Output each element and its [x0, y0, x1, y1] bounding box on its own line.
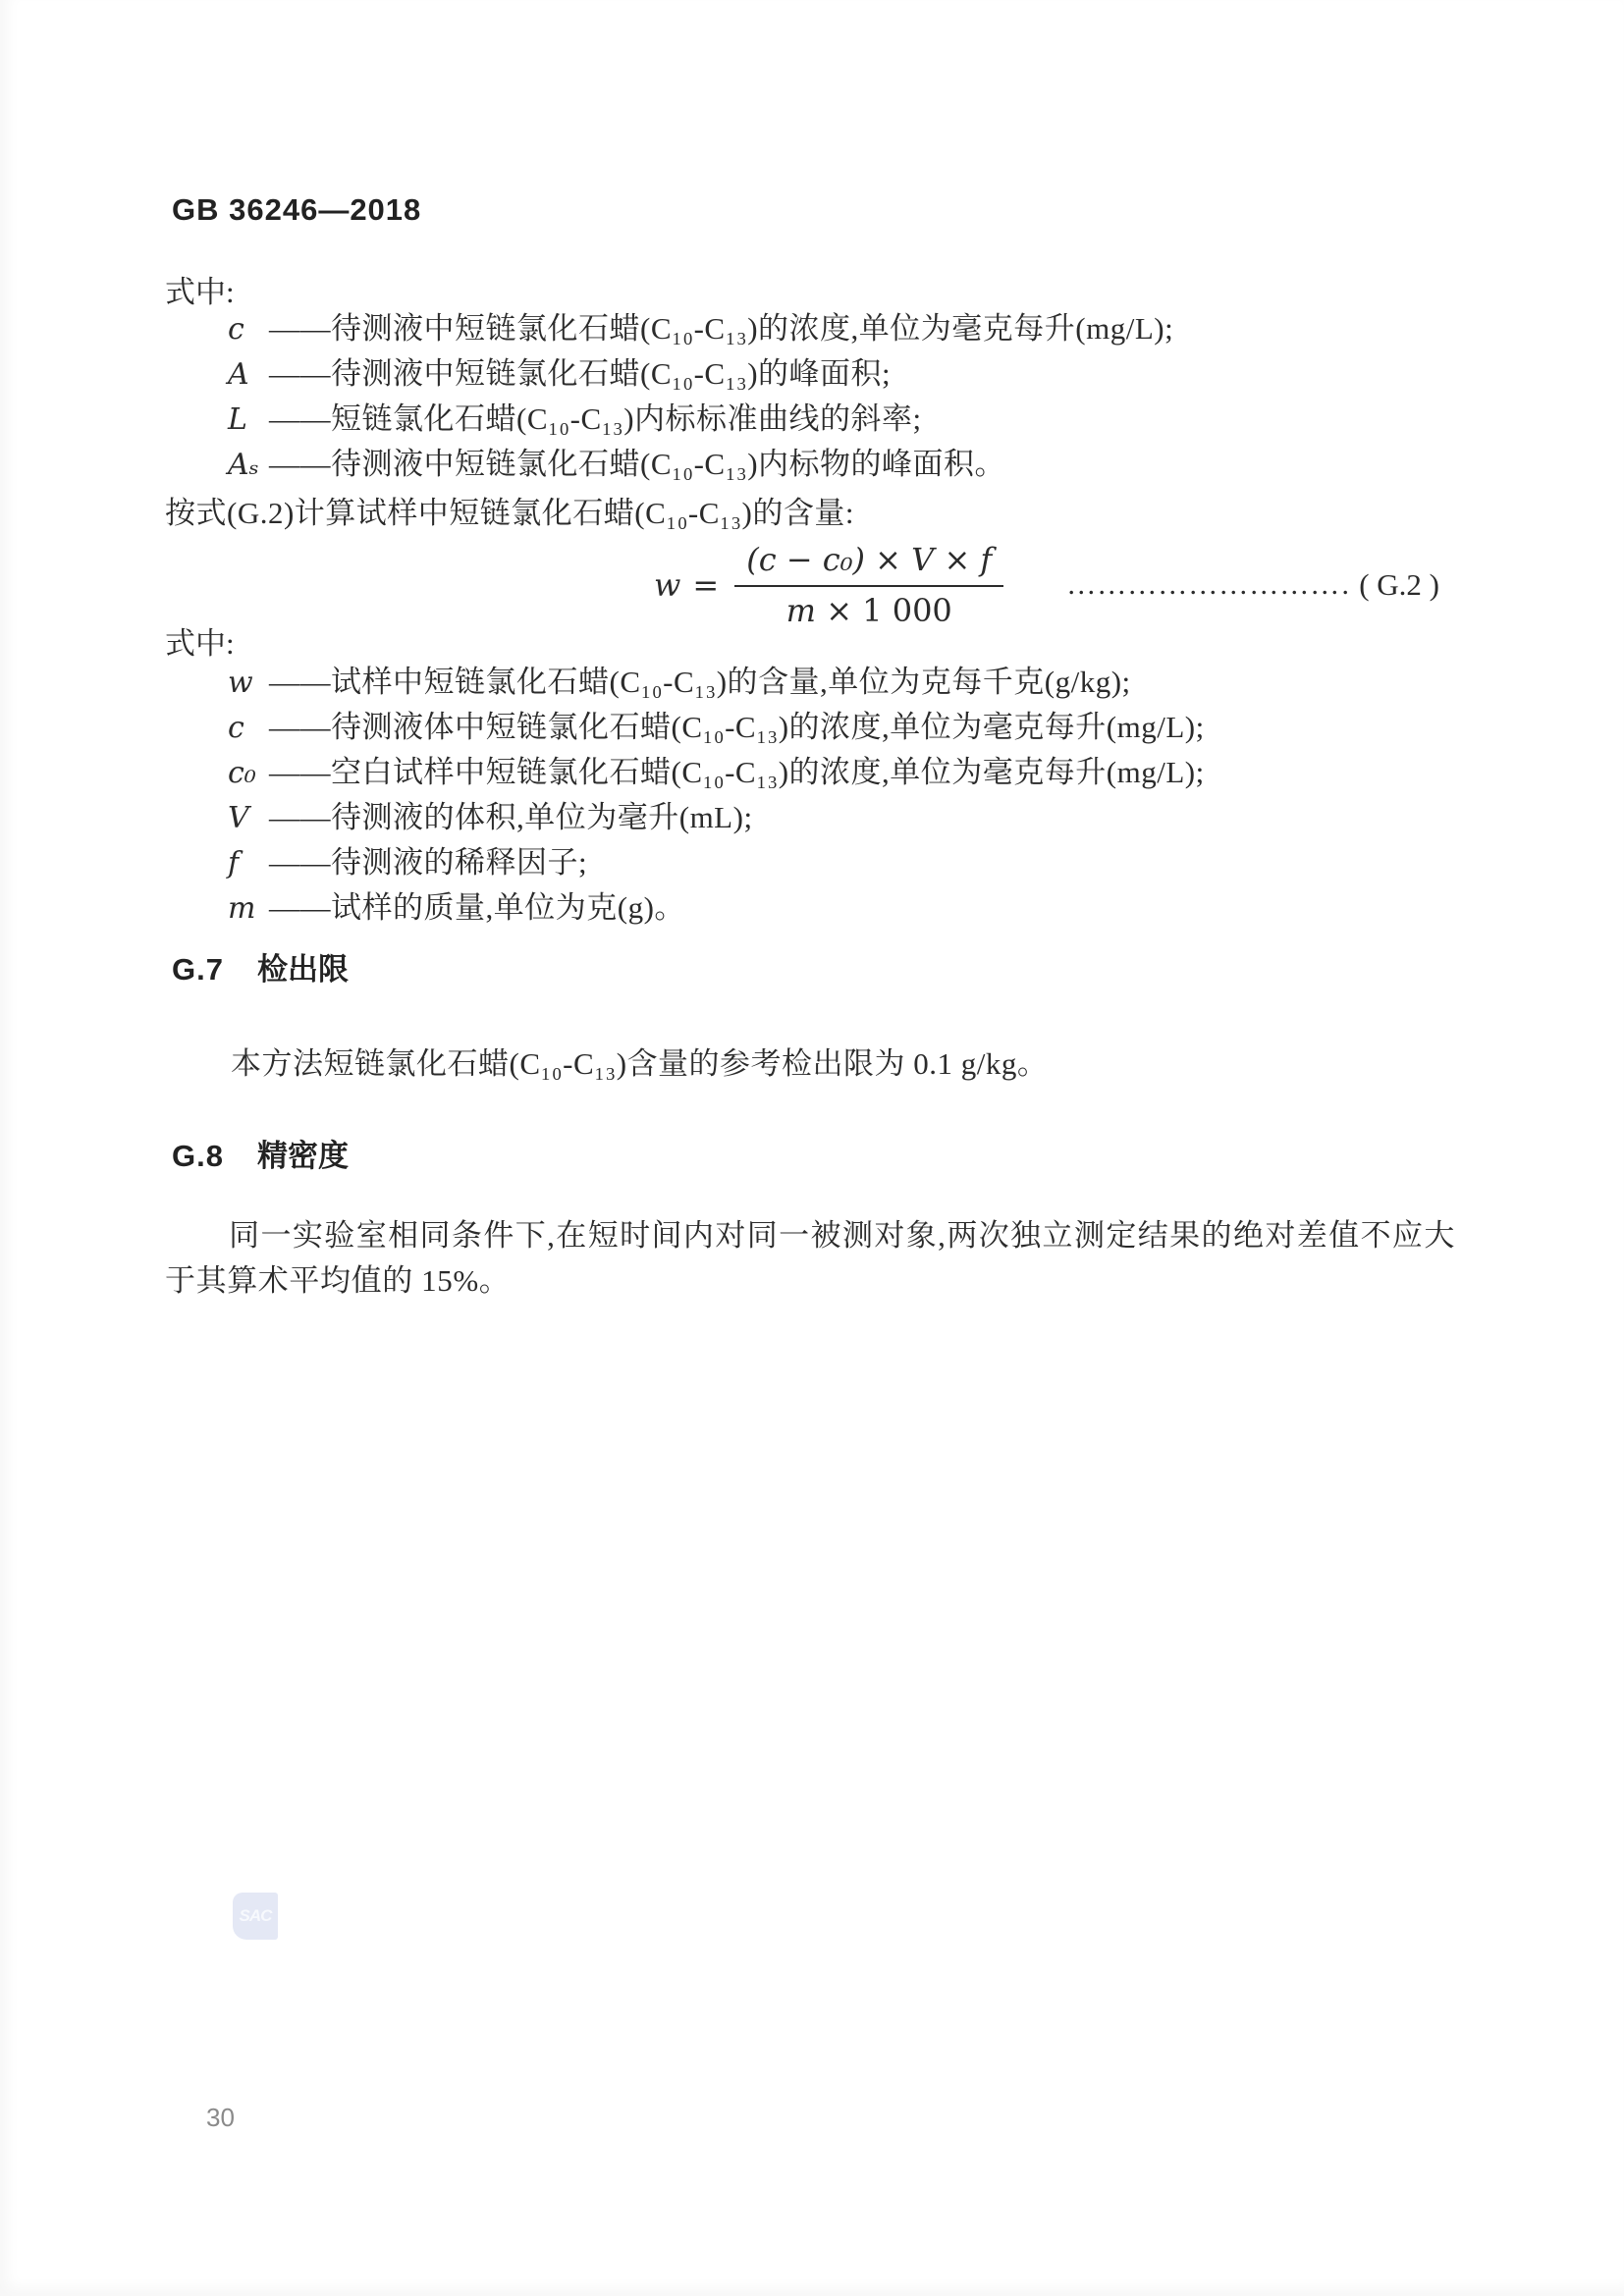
definition-line-V: V——待测液的体积,单位为毫升(mL); — [165, 795, 1457, 840]
fraction: (c − c₀) × V × f m × 1 000 — [734, 541, 1003, 629]
denominator-constant: × 1 000 — [816, 592, 952, 629]
variable-symbol: m — [228, 886, 269, 932]
variable-description: ——待测液中短链氯化石蜡(C₁₀-C₁₃)内标物的峰面积。 — [269, 447, 1005, 481]
definition-line-A: A——待测液中短链氯化石蜡(C₁₀-C₁₃)的峰面积; — [165, 351, 1457, 397]
document-page: GB 36246—2018 式中: c——待测液中短链氯化石蜡(C₁₀-C₁₃)… — [0, 0, 1624, 2296]
equation-number: ( G.2 ) — [1359, 567, 1439, 603]
section-heading-g8: G.8精密度 — [172, 1131, 349, 1175]
variable-description: ——待测液的体积,单位为毫升(mL); — [269, 800, 753, 834]
definition-line-c: c——待测液中短链氯化石蜡(C₁₀-C₁₃)的浓度,单位为毫克每升(mg/L); — [165, 306, 1457, 351]
sac-watermark-logo: SAC — [233, 1893, 278, 1940]
definition-line-c0: c₀——空白试样中短链氯化石蜡(C₁₀-C₁₃)的浓度,单位为毫克每升(mg/L… — [165, 750, 1457, 795]
variable-description: ——短链氯化石蜡(C₁₀-C₁₃)内标标准曲线的斜率; — [269, 401, 922, 436]
variable-symbol: V — [228, 796, 269, 841]
formula-intro-text: 按式(G.2)计算试样中短链氯化石蜡(C₁₀-C₁₃)的含量: — [165, 488, 854, 532]
variable-description: ——待测液中短链氯化石蜡(C₁₀-C₁₃)的浓度,单位为毫克每升(mg/L); — [269, 311, 1173, 346]
formula-g2-row: w = (c − c₀) × V × f m × 1 000 ………………………… — [165, 534, 1453, 636]
variable-description: ——空白试样中短链氯化石蜡(C₁₀-C₁₃)的浓度,单位为毫克每升(mg/L); — [269, 755, 1205, 789]
section-title: 精密度 — [257, 1139, 349, 1173]
variable-description: ——试样中短链氯化石蜡(C₁₀-C₁₃)的含量,单位为克每千克(g/kg); — [269, 665, 1131, 699]
section-number: G.8 — [172, 1139, 224, 1173]
sac-logo-text: SAC — [240, 1906, 272, 1926]
formula-lhs-variable: w — [654, 566, 680, 604]
formula-expression: w = (c − c₀) × V × f m × 1 000 — [654, 541, 1003, 629]
section-g7-body-text: 本方法短链氯化石蜡(C₁₀-C₁₃)含量的参考检出限为 0.1 g/kg。 — [231, 1039, 1048, 1083]
variable-symbol: Aₛ — [228, 443, 269, 488]
section-heading-g7: G.7检出限 — [172, 944, 349, 988]
dot-leader: ………………………………… — [1066, 568, 1353, 602]
denominator-variable: m — [786, 592, 816, 629]
section-number: G.7 — [172, 952, 224, 987]
fraction-denominator: m × 1 000 — [734, 587, 1003, 629]
definition-line-f: f——待测液的稀释因子; — [165, 840, 1457, 885]
definition-list-2: w——试样中短链氯化石蜡(C₁₀-C₁₃)的含量,单位为克每千克(g/kg); … — [165, 660, 1457, 931]
variable-symbol: c — [228, 307, 269, 352]
page-number: 30 — [206, 2103, 235, 2133]
definition-line-L: L——短链氯化石蜡(C₁₀-C₁₃)内标标准曲线的斜率; — [165, 397, 1457, 442]
standard-number-header: GB 36246—2018 — [172, 192, 421, 228]
section-title: 检出限 — [257, 952, 349, 987]
definition-line-c: c——待测液体中短链氯化石蜡(C₁₀-C₁₃)的浓度,单位为毫克每升(mg/L)… — [165, 705, 1457, 750]
variable-symbol: A — [228, 352, 269, 398]
variable-description: ——待测液的稀释因子; — [269, 845, 587, 880]
variable-symbol: f — [228, 841, 269, 886]
section-g8-body-text: 同一实验室相同条件下,在短时间内对同一被测对象,两次独立测定结果的绝对差值不应大… — [165, 1213, 1455, 1304]
variable-symbol: w — [228, 661, 269, 706]
variable-symbol: L — [228, 398, 269, 443]
variable-description: ——待测液中短链氯化石蜡(C₁₀-C₁₃)的峰面积; — [269, 356, 891, 391]
where-label-1: 式中: — [165, 267, 235, 311]
variable-description: ——待测液体中短链氯化石蜡(C₁₀-C₁₃)的浓度,单位为毫克每升(mg/L); — [269, 710, 1205, 744]
equals-sign: = — [692, 566, 719, 604]
variable-description: ——试样的质量,单位为克(g)。 — [269, 890, 685, 925]
variable-symbol: c — [228, 706, 269, 751]
definition-line-As: Aₛ——待测液中短链氯化石蜡(C₁₀-C₁₃)内标物的峰面积。 — [165, 442, 1457, 487]
definition-list-1: c——待测液中短链氯化石蜡(C₁₀-C₁₃)的浓度,单位为毫克每升(mg/L);… — [165, 306, 1457, 487]
definition-line-w: w——试样中短链氯化石蜡(C₁₀-C₁₃)的含量,单位为克每千克(g/kg); — [165, 660, 1457, 705]
where-label-2: 式中: — [165, 618, 235, 663]
definition-line-m: m——试样的质量,单位为克(g)。 — [165, 885, 1457, 931]
variable-symbol: c₀ — [228, 751, 269, 796]
fraction-numerator: (c − c₀) × V × f — [734, 541, 1003, 587]
